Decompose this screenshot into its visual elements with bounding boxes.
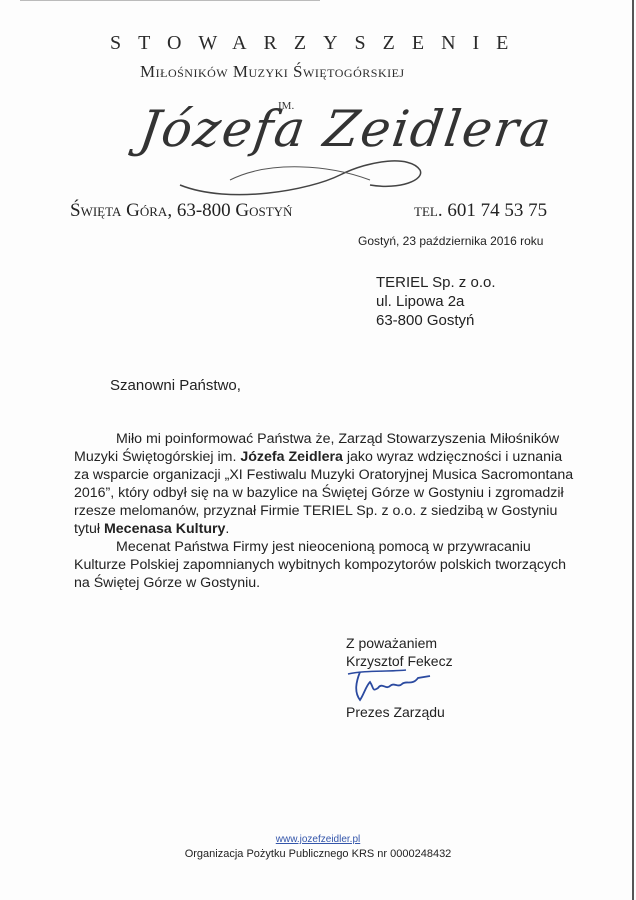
letterhead-title: STOWARZYSZENIE	[110, 32, 530, 55]
paragraph-2: Mecenat Państwa Firmy jest nieocenioną p…	[74, 538, 574, 592]
handwritten-signature	[346, 668, 436, 704]
letter-body: Miło mi poinformować Państwa że, Zarząd …	[74, 430, 574, 592]
scan-artifact-line	[20, 0, 320, 1]
patron-name: Józefa Zeidlera	[240, 449, 343, 465]
phone-number: 601 74 53 75	[447, 200, 547, 221]
letterhead-address: Święta Góra, 63-800 Gostyń	[70, 200, 292, 222]
phone-label: tel.	[414, 200, 443, 221]
salutation: Z poważaniem	[346, 634, 453, 652]
paragraph-1: Miło mi poinformować Państwa że, Zarząd …	[74, 430, 574, 538]
award-title: Mecenasa Kultury	[104, 521, 225, 537]
recipient-address: TERIEL Sp. z o.o. ul. Lipowa 2a 63-800 G…	[376, 273, 496, 330]
letterhead-subtitle: Miłośników Muzyki Świętogórskiej	[140, 62, 540, 82]
scan-edge	[632, 0, 634, 900]
footer-website-link[interactable]: www.jozefzeidler.pl	[0, 834, 636, 845]
recipient-city: 63-800 Gostyń	[376, 311, 496, 330]
signer-position: Prezes Zarządu	[346, 704, 445, 720]
closing-block: Z poważaniem Krzysztof Fekecz	[346, 634, 453, 670]
letter-date: Gostyń, 23 października 2016 roku	[358, 234, 543, 248]
flourish-ornament	[170, 150, 430, 200]
letterhead-phone: tel. 601 74 53 75	[414, 200, 547, 222]
recipient-name: TERIEL Sp. z o.o.	[376, 273, 496, 292]
letter-page: STOWARZYSZENIE Miłośników Muzyki Świętog…	[0, 0, 636, 900]
greeting: Szanowni Państwo,	[110, 377, 241, 394]
footer-organization: Organizacja Pożytku Publicznego KRS nr 0…	[0, 848, 636, 860]
recipient-street: ul. Lipowa 2a	[376, 292, 496, 311]
letterhead-im: IM.	[278, 100, 294, 112]
